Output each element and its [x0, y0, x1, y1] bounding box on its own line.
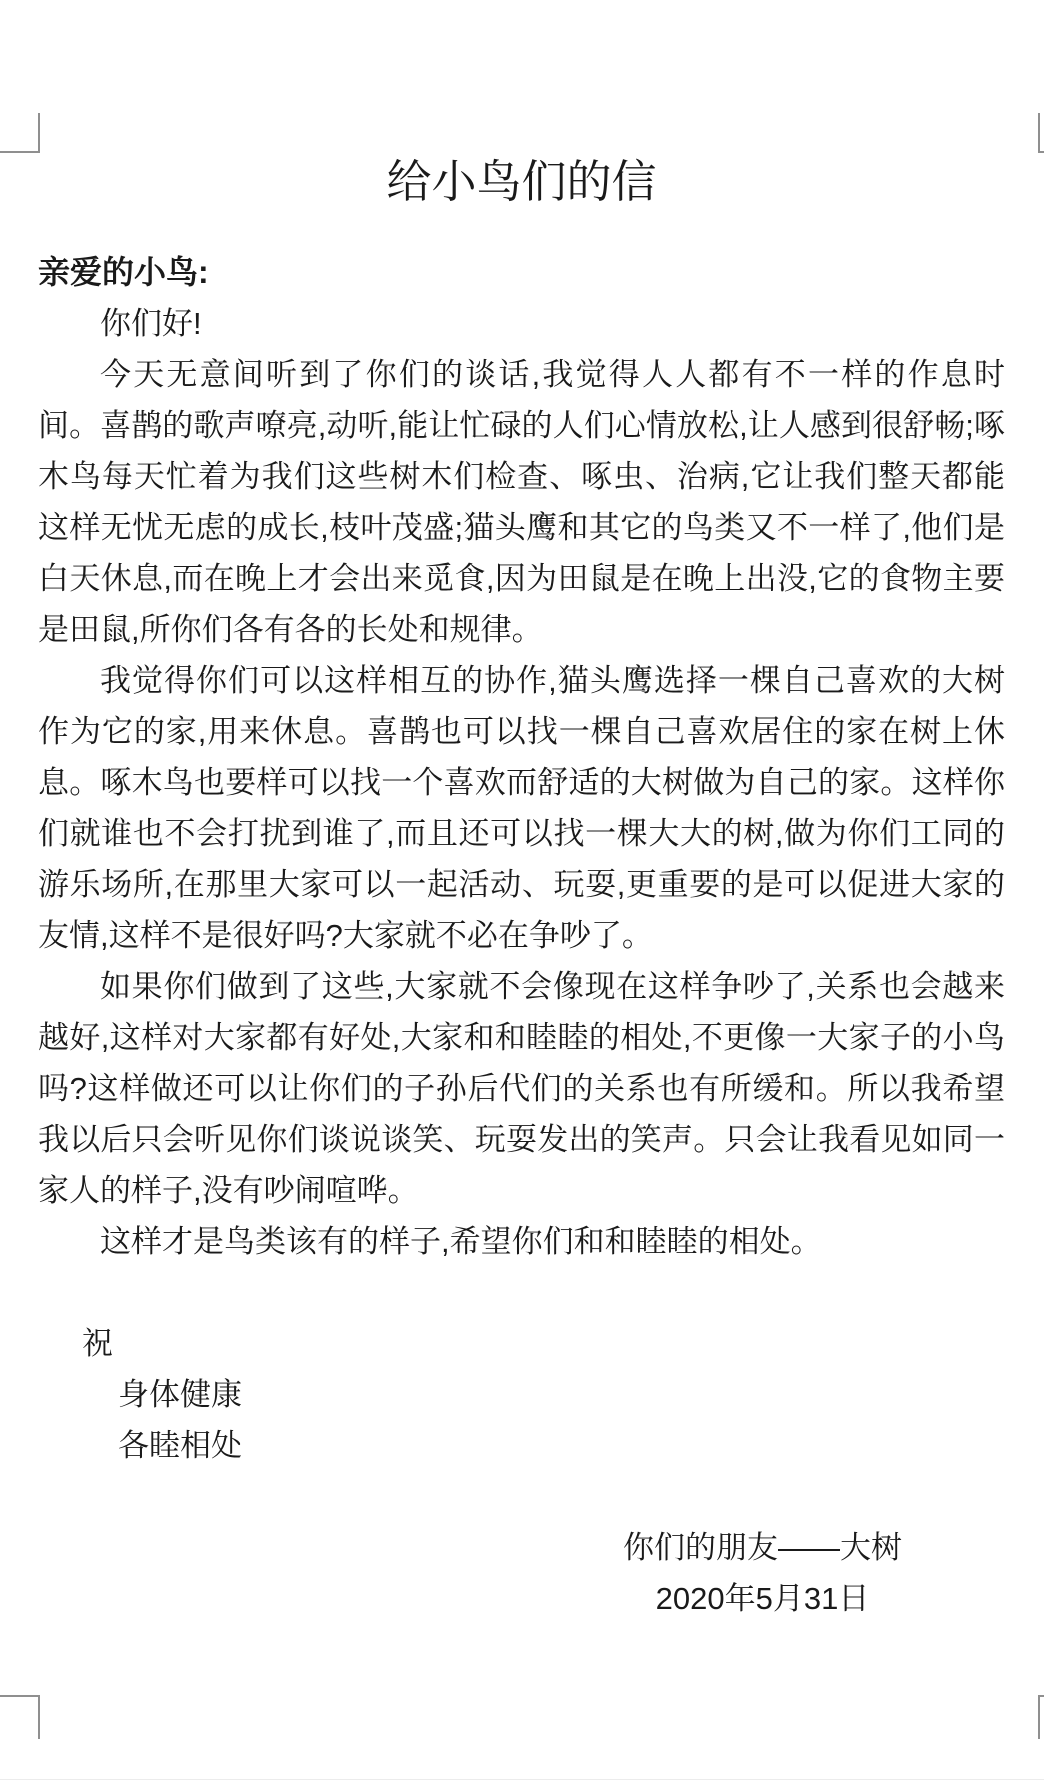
paragraph-greeting: 你们好! [38, 298, 1005, 349]
wish-word: 祝 [82, 1318, 1005, 1369]
wish-line-2: 各睦相处 [118, 1420, 1005, 1471]
blank-line [38, 1267, 1005, 1318]
wish-line-1: 身体健康 [118, 1369, 1005, 1420]
margin-mark-bottom-left [0, 1695, 40, 1739]
page-bottom-edge [0, 1779, 1044, 1780]
date-line: 2020年5月31日 [520, 1573, 1005, 1624]
letter-title: 给小鸟们的信 [38, 155, 1005, 209]
blank-line [38, 1471, 1005, 1522]
paragraph-2: 我觉得你们可以这样相互的协作,猫头鹰选择一棵自己喜欢的大树作为它的家,用来休息。… [38, 655, 1005, 961]
paragraph-3: 如果你们做到了这些,大家就不会像现在这样争吵了,关系也会越来越好,这样对大家都有… [38, 961, 1005, 1216]
letter-content: 给小鸟们的信 亲爱的小鸟: 你们好! 今天无意间听到了你们的谈话,我觉得人人都有… [38, 0, 1005, 1624]
margin-mark-top-left [0, 113, 40, 153]
margin-mark-top-right [1038, 113, 1044, 153]
letter-body: 你们好! 今天无意间听到了你们的谈话,我觉得人人都有不一样的作息时间。喜鹊的歌声… [38, 298, 1005, 1267]
paragraph-4: 这样才是鸟类该有的样子,希望你们和和睦睦的相处。 [38, 1216, 1005, 1267]
salutation: 亲爱的小鸟: [38, 247, 1005, 298]
signature-line: 你们的朋友——大树 [520, 1522, 1005, 1573]
signature-block: 你们的朋友——大树 2020年5月31日 [520, 1522, 1005, 1624]
paragraph-1: 今天无意间听到了你们的谈话,我觉得人人都有不一样的作息时间。喜鹊的歌声嘹亮,动听… [38, 349, 1005, 655]
margin-mark-bottom-right [1038, 1695, 1044, 1739]
letter-page: 给小鸟们的信 亲爱的小鸟: 你们好! 今天无意间听到了你们的谈话,我觉得人人都有… [0, 0, 1044, 1786]
